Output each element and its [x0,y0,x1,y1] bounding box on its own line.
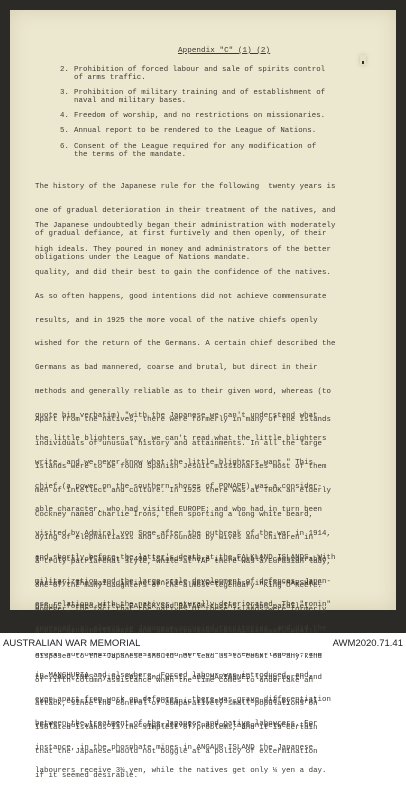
text-line: high ideals. They poured in money and ad… [35,247,365,255]
text-line: wished for the return of the Germans. A … [35,341,365,349]
text-line: The Japanese undoubtedly began their adm… [35,223,365,231]
text-line: men of intellect and culture. In 1925 th… [35,488,365,496]
text-line: In a total of about 1,400 islands there … [35,557,365,565]
text-line: islands were to be found Spanish Jesuit … [35,464,365,472]
archive-footer: AUSTRALIAN WAR MEMORIAL AWM2020.71.41 [0,633,406,653]
reference-number: AWM2020.71.41 [333,638,403,649]
scan-frame: Appendix "C" (1) (2) 2. Prohibition of f… [0,0,406,633]
text-line: Germans as bad mannered, coarse and brut… [35,365,365,373]
text-line: quality, and did their best to gain the … [35,270,365,278]
item-line: Freedom of worship, and no restrictions … [74,113,325,121]
appendix-heading: Appendix "C" (1) (2) [178,48,270,56]
text-line: Apart from the natives, there were forme… [35,417,365,425]
item-number: 6. [60,144,69,152]
text-line: group, formed of the RALICK and RATACK c… [35,604,365,612]
item-line: the terms of the mandate. [74,152,186,160]
item-line: Annual report to be rendered to the Leag… [74,128,316,136]
text-line: results, and in 1925 the more vocal of t… [35,318,365,326]
text-line: The history of the Japanese rule for the… [35,184,365,192]
item-number: 5. [60,128,69,136]
item-number: 4. [60,113,69,121]
page-mark-dot [362,61,364,64]
text-line: variety. The main distinction lies betwe… [35,581,365,589]
typed-page: Appendix "C" (1) (2) 2. Prohibition of f… [10,10,396,610]
item-line: of arms traffic. [74,75,146,83]
text-line: Cockney named Charlie Irons, then sporti… [35,512,365,520]
institution-label: AUSTRALIAN WAR MEMORIAL [3,638,140,649]
text-line: methods and generally reliable as to the… [35,389,365,397]
text-line: individuals of unusual history and attai… [35,441,365,449]
item-number: 3. [60,90,69,98]
item-number: 2. [60,67,69,75]
item-line: naval and military bases. [74,98,186,106]
text-line: As so often happens, good intentions did… [35,294,365,302]
